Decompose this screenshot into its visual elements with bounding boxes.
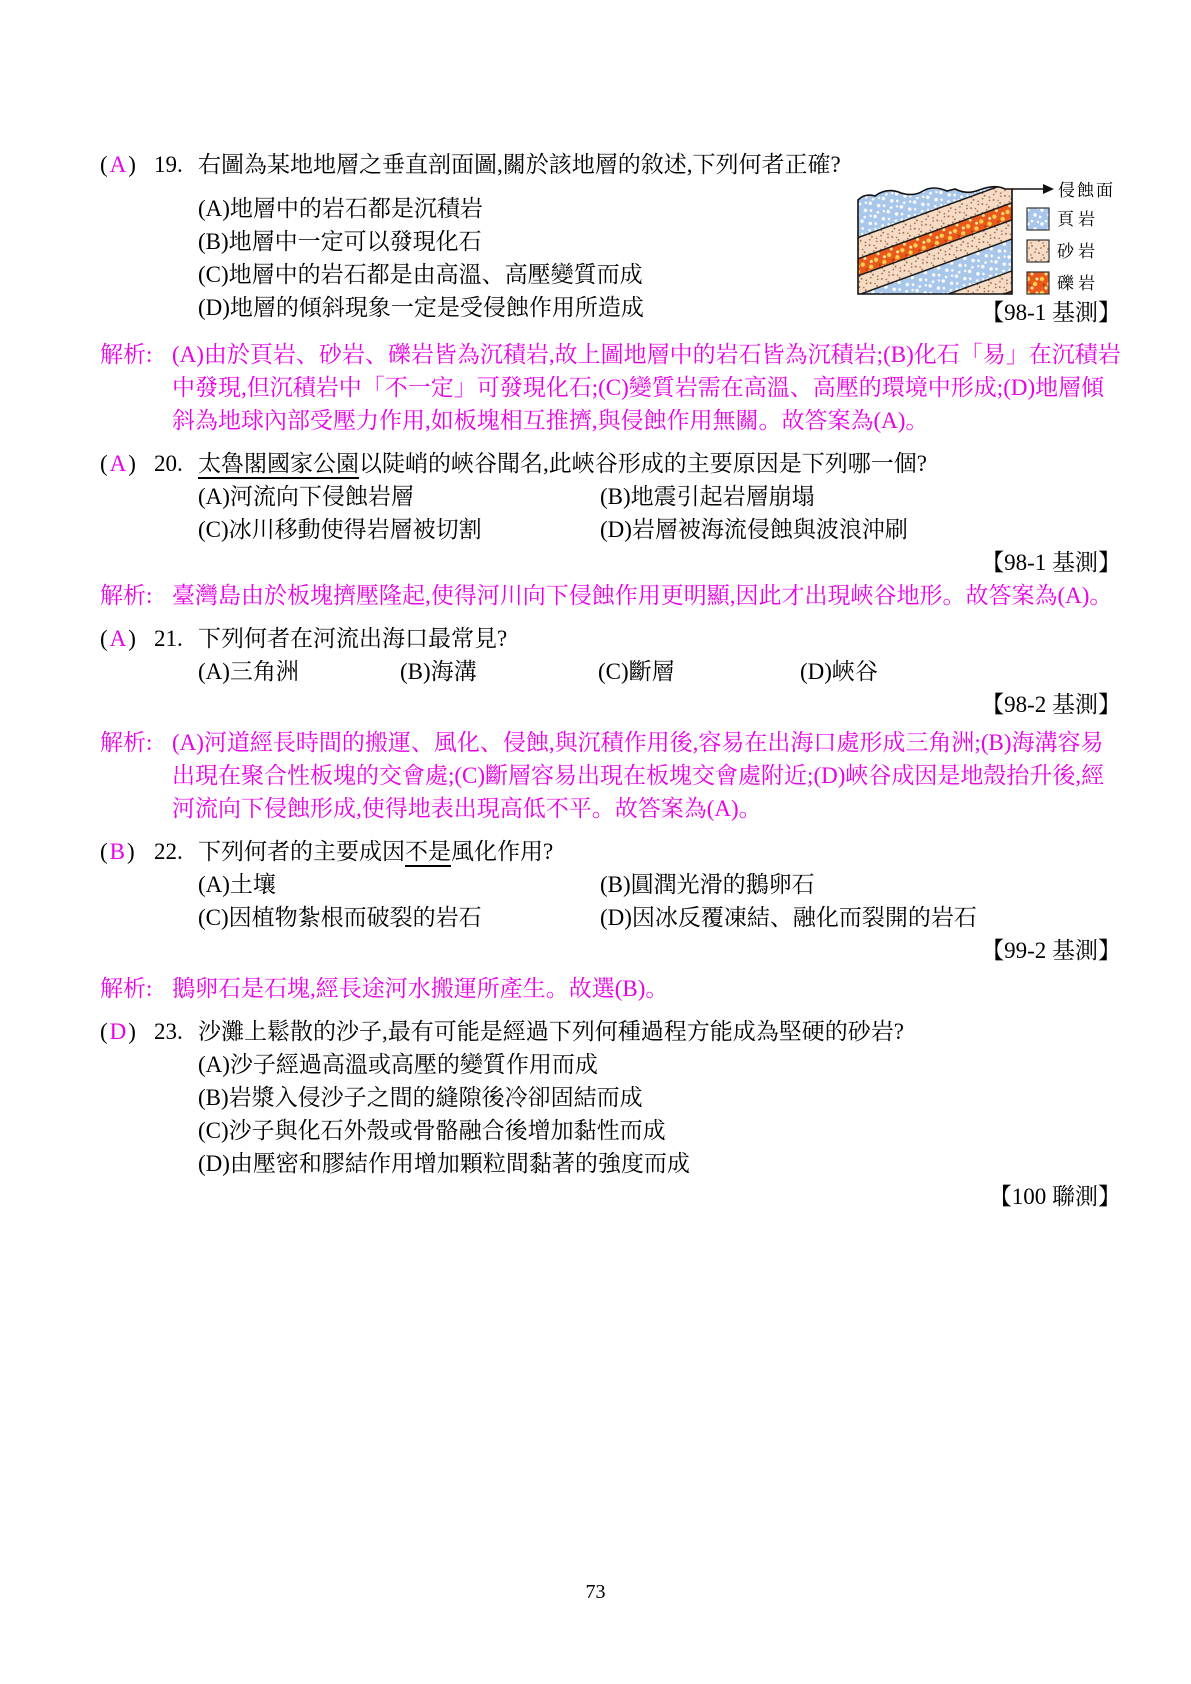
answer-letter: A bbox=[110, 152, 129, 177]
answer-badge: D bbox=[100, 1015, 154, 1048]
question-22: B 22. 下列何者的主要成因不是風化作用? (A)土壤 (B)圓潤光滑的鵝卵石… bbox=[100, 835, 1121, 967]
option-c: (C)冰川移動使得岩層被切割 bbox=[198, 513, 600, 546]
answer-letter: D bbox=[110, 1019, 129, 1044]
option-d: (D)由壓密和膠結作用增加顆粒間黏著的強度而成 bbox=[198, 1147, 1121, 1180]
options-grid: (A)河流向下侵蝕岩層 (B)地震引起岩層崩塌 (C)冰川移動使得岩層被切割 (… bbox=[198, 480, 1121, 546]
answer-letter: B bbox=[110, 839, 127, 864]
analysis-22: 解析: 鵝卵石是石塊,經長途河水搬運所產生。故選(B)。 bbox=[100, 972, 1121, 1005]
options-list: (A)沙子經過高溫或高壓的變質作用而成 (B)岩漿入侵沙子之間的縫隙後冷卻固結而… bbox=[198, 1048, 1121, 1180]
question-21: A 21. 下列何者在河流出海口最常見? (A)三角洲 (B)海溝 (C)斷層 … bbox=[100, 622, 1121, 721]
source-tag: 【98-1 基測】 bbox=[100, 546, 1121, 579]
question-23: D 23. 沙灘上鬆散的沙子,最有可能是經過下列何種過程方能成為堅硬的砂岩? (… bbox=[100, 1015, 1121, 1213]
analysis-text: 臺灣島由於板塊擠壓隆起,使得河川向下侵蝕作用更明顯,因此才出現峽谷地形。故答案為… bbox=[172, 579, 1121, 612]
answer-badge: A bbox=[100, 622, 154, 655]
question-stem: 太魯閣國家公園以陡峭的峽谷聞名,此峽谷形成的主要原因是下列哪一個? bbox=[198, 447, 1121, 480]
legend: 頁岩 砂岩 礫岩 bbox=[1027, 208, 1099, 294]
option-c: (C)斷層 bbox=[598, 655, 800, 688]
question-stem: 右圖為某地地層之垂直剖面圖,關於該地層的敘述,下列何者正確? bbox=[198, 148, 1121, 181]
question-20: A 20. 太魯閣國家公園以陡峭的峽谷聞名,此峽谷形成的主要原因是下列哪一個? … bbox=[100, 447, 1121, 579]
answer-badge: A bbox=[100, 148, 154, 181]
question-number: 23. bbox=[154, 1015, 198, 1048]
analysis-text: 鵝卵石是石塊,經長途河水搬運所產生。故選(B)。 bbox=[172, 972, 1121, 1005]
options-grid: (A)三角洲 (B)海溝 (C)斷層 (D)峽谷 bbox=[198, 655, 1121, 688]
analysis-20: 解析: 臺灣島由於板塊擠壓隆起,使得河川向下侵蝕作用更明顯,因此才出現峽谷地形。… bbox=[100, 579, 1121, 612]
option-a: (A)河流向下侵蝕岩層 bbox=[198, 480, 600, 513]
exam-page: A 19. 右圖為某地地層之垂直剖面圖,關於該地層的敘述,下列何者正確? (A)… bbox=[0, 0, 1191, 1213]
question-stem: 下列何者在河流出海口最常見? bbox=[198, 622, 1121, 655]
analysis-text: (A)由於頁岩、砂岩、礫岩皆為沉積岩,故上圖地層中的岩石皆為沉積岩;(B)化石「… bbox=[172, 338, 1121, 437]
analysis-19: 解析: (A)由於頁岩、砂岩、礫岩皆為沉積岩,故上圖地層中的岩石皆為沉積岩;(B… bbox=[100, 338, 1121, 437]
option-c: (C)因植物紮根而破裂的岩石 bbox=[198, 901, 600, 934]
question-stem: 下列何者的主要成因不是風化作用? bbox=[198, 835, 1121, 868]
analysis-label: 解析: bbox=[100, 579, 172, 612]
question-number: 21. bbox=[154, 622, 198, 655]
legend-swatch-conglomerate bbox=[1027, 272, 1049, 294]
question-number: 20. bbox=[154, 447, 198, 480]
erosion-arrow-head bbox=[1043, 184, 1054, 194]
analysis-21: 解析: (A)河道經長時間的搬運、風化、侵蝕,與沉積作用後,容易在出海口處形成三… bbox=[100, 726, 1121, 825]
erosion-surface-label: 侵蝕面 bbox=[1058, 181, 1115, 200]
answer-badge: B bbox=[100, 835, 154, 868]
option-a: (A)土壤 bbox=[198, 868, 600, 901]
page-number: 73 bbox=[0, 1576, 1191, 1609]
legend-label-sandstone: 砂岩 bbox=[1057, 242, 1099, 261]
option-b: (B)海溝 bbox=[400, 655, 598, 688]
option-c: (C)沙子與化石外殼或骨骼融合後增加黏性而成 bbox=[198, 1114, 1121, 1147]
question-19: A 19. 右圖為某地地層之垂直剖面圖,關於該地層的敘述,下列何者正確? (A)… bbox=[100, 148, 1121, 329]
question-number: 19. bbox=[154, 148, 198, 181]
option-b: (B)圓潤光滑的鵝卵石 bbox=[600, 868, 1121, 901]
analysis-label: 解析: bbox=[100, 972, 172, 1005]
source-tag: 【100 聯測】 bbox=[100, 1180, 1121, 1213]
answer-letter: A bbox=[110, 451, 129, 476]
source-tag: 【98-2 基測】 bbox=[100, 688, 1121, 721]
legend-label-conglomerate: 礫岩 bbox=[1057, 274, 1099, 293]
analysis-label: 解析: bbox=[100, 338, 172, 437]
option-d: (D)因冰反覆凍結、融化而裂開的岩石 bbox=[600, 901, 1121, 934]
strata-diagram: 侵蝕面 頁岩 砂岩 礫岩 bbox=[857, 178, 1121, 302]
options-grid: (A)土壤 (B)圓潤光滑的鵝卵石 (C)因植物紮根而破裂的岩石 (D)因冰反覆… bbox=[198, 868, 1121, 934]
source-tag: 【99-2 基測】 bbox=[100, 934, 1121, 967]
analysis-label: 解析: bbox=[100, 726, 172, 825]
option-a: (A)沙子經過高溫或高壓的變質作用而成 bbox=[198, 1048, 1121, 1081]
analysis-text: (A)河道經長時間的搬運、風化、侵蝕,與沉積作用後,容易在出海口處形成三角洲;(… bbox=[172, 726, 1121, 825]
answer-letter: A bbox=[110, 626, 129, 651]
option-b: (B)地震引起岩層崩塌 bbox=[600, 480, 1121, 513]
option-d: (D)岩層被海流侵蝕與波浪沖刷 bbox=[600, 513, 1121, 546]
answer-badge: A bbox=[100, 447, 154, 480]
option-b: (B)岩漿入侵沙子之間的縫隙後冷卻固結而成 bbox=[198, 1081, 1121, 1114]
legend-label-shale: 頁岩 bbox=[1057, 210, 1099, 229]
option-d: (D)峽谷 bbox=[800, 655, 1121, 688]
strata-figure: 侵蝕面 頁岩 砂岩 礫岩 bbox=[857, 178, 1121, 302]
legend-swatch-sandstone bbox=[1027, 240, 1049, 262]
question-number: 22. bbox=[154, 835, 198, 868]
legend-swatch-shale bbox=[1027, 208, 1049, 230]
question-stem: 沙灘上鬆散的沙子,最有可能是經過下列何種過程方能成為堅硬的砂岩? bbox=[198, 1015, 1121, 1048]
option-a: (A)三角洲 bbox=[198, 655, 400, 688]
